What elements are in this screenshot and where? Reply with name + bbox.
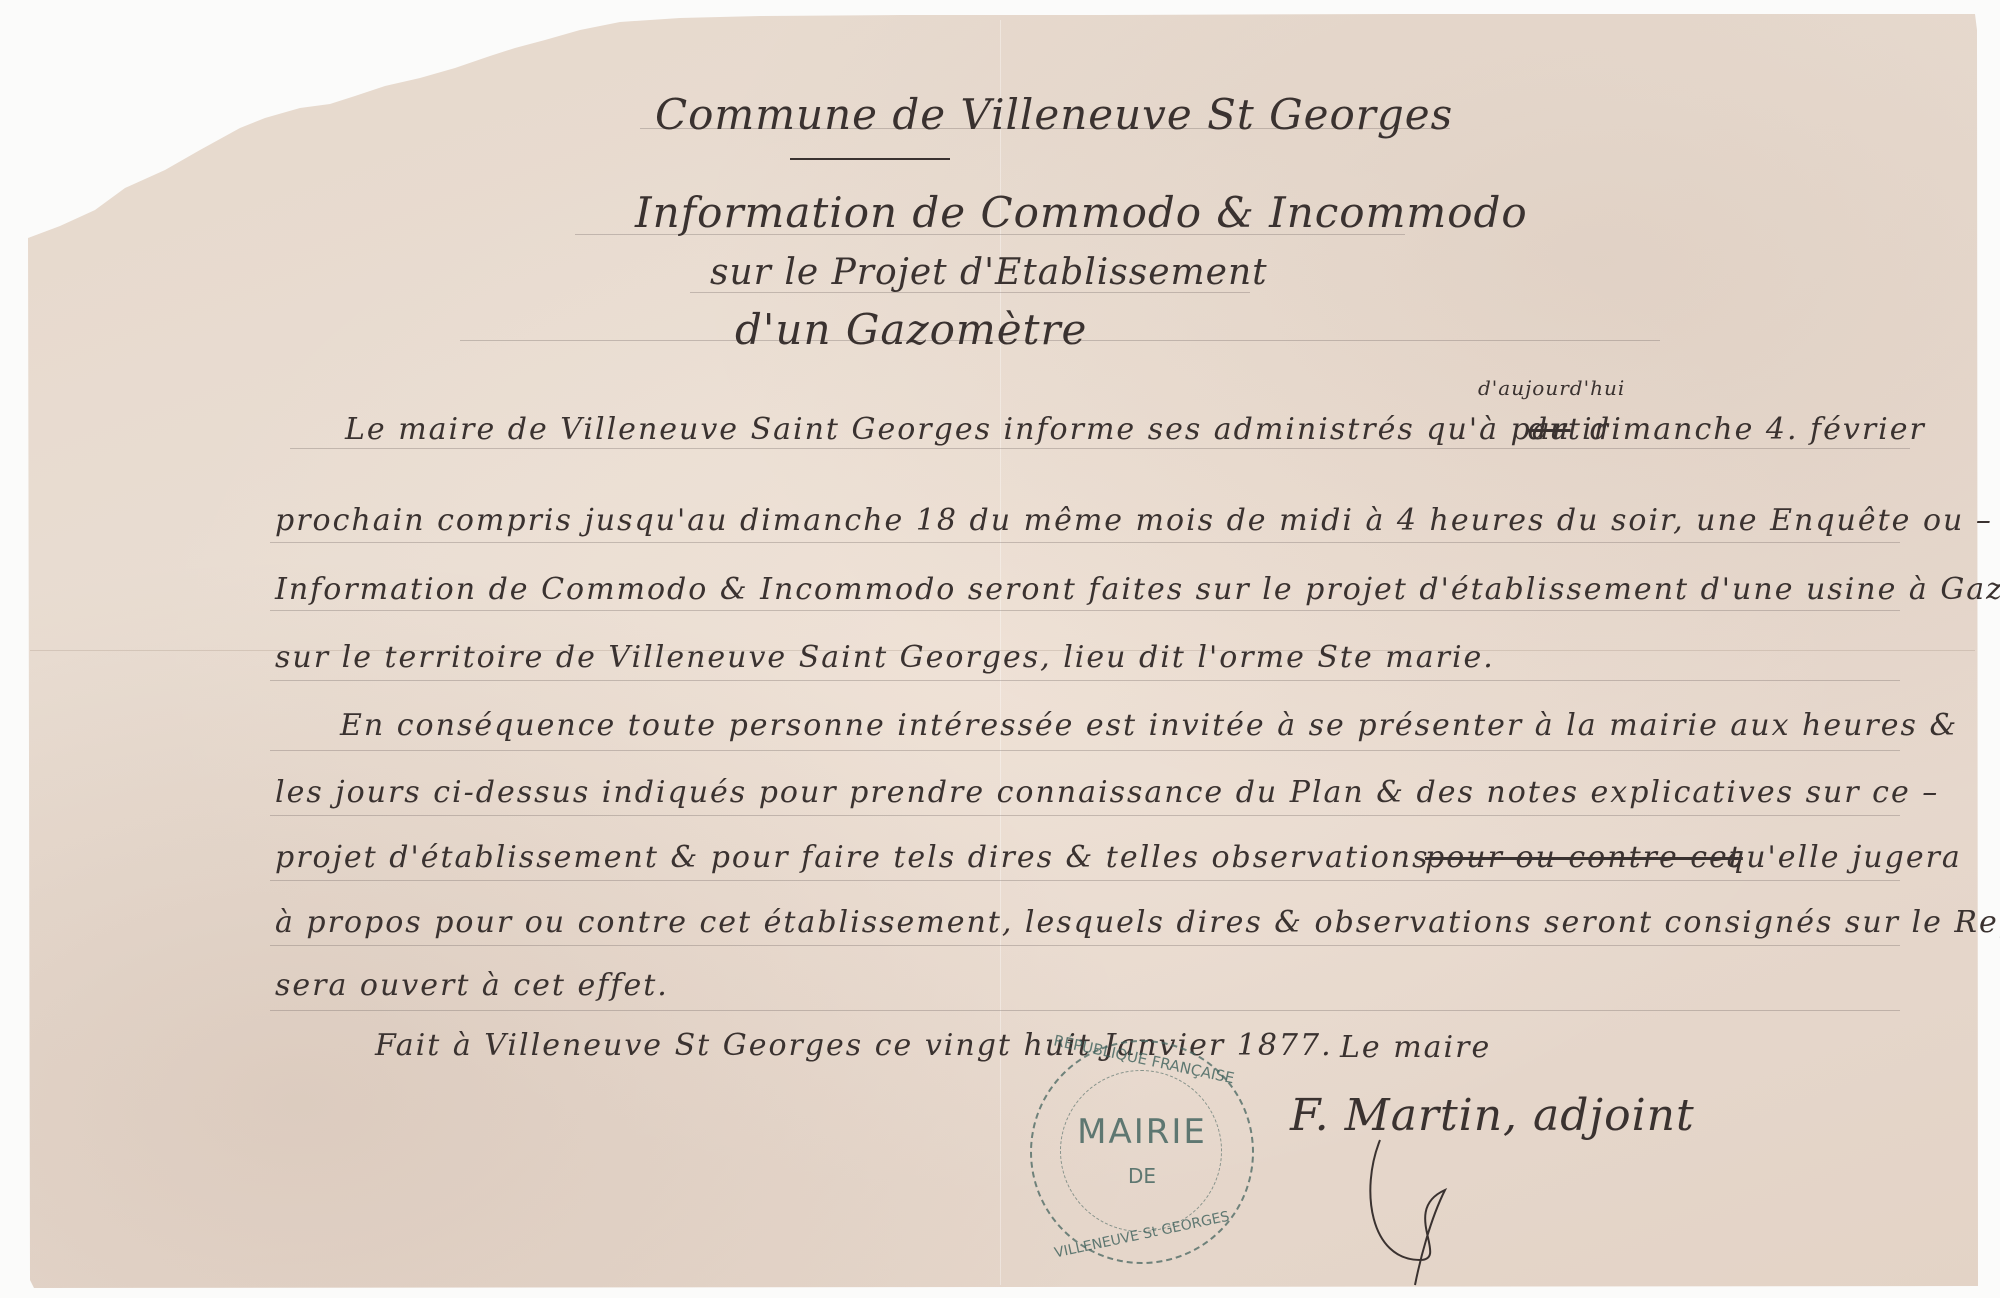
ruled-line — [290, 448, 1910, 449]
struck-word: du — [1528, 412, 1571, 447]
header-subtitle: sur le Projet d'Etablissement — [710, 252, 1268, 293]
header-commune: Commune de Villeneuve St Georges — [655, 90, 1453, 139]
paragraph-1-line-1: Le maire de Villeneuve Saint Georges inf… — [345, 412, 1610, 447]
header-divider — [790, 158, 950, 160]
paragraph-2-line-5: sera ouvert à cet effet. — [275, 968, 669, 1003]
stamp-de-text: DE — [1112, 1164, 1172, 1188]
paragraph-1-line-1-end: dimanche 4. février — [1590, 412, 1926, 447]
paragraph-2-line-2: les jours ci-dessus indiqués pour prendr… — [275, 775, 1939, 810]
paragraph-2-line-4: à propos pour ou contre cet établissemen… — [275, 905, 2000, 940]
paragraph-1-line-3: Information de Commodo & Incommodo seron… — [275, 572, 2000, 607]
paragraph-2-line-3-end: qu'elle jugera — [1725, 840, 1962, 875]
interlinear-note: d'aujourd'hui — [1478, 376, 1625, 400]
signature-flourish — [1360, 1110, 1480, 1290]
ruled-line — [270, 680, 1900, 681]
signature: F. Martin, adjoint — [1290, 1090, 1695, 1141]
paragraph-2-line-3: projet d'établissement & pour faire tels… — [275, 840, 1429, 875]
ruled-line — [270, 542, 1900, 543]
struck-words: pour ou contre cet — [1425, 840, 1743, 875]
ruled-line — [270, 880, 1900, 881]
ruled-line — [270, 1010, 1900, 1011]
paragraph-1-line-4: sur le territoire de Villeneuve Saint Ge… — [275, 640, 1495, 675]
ruled-line — [270, 610, 1900, 611]
signature-title: Le maire — [1340, 1030, 1491, 1065]
paragraph-2-line-1: En conséquence toute personne intéressée… — [340, 708, 1958, 743]
mairie-stamp: RÉPUBLIQUE FRANÇAISE MAIRIE DE VILLENEUV… — [1030, 1040, 1254, 1264]
header-object: d'un Gazomètre — [735, 305, 1087, 354]
ruled-line — [270, 750, 1900, 751]
ruled-line — [270, 815, 1900, 816]
paragraph-1-line-2: prochain compris jusqu'au dimanche 18 du… — [275, 503, 1993, 538]
header-title: Information de Commodo & Incommodo — [635, 188, 1528, 237]
ruled-line — [270, 945, 1900, 946]
stamp-center-text: MAIRIE — [1072, 1112, 1212, 1152]
